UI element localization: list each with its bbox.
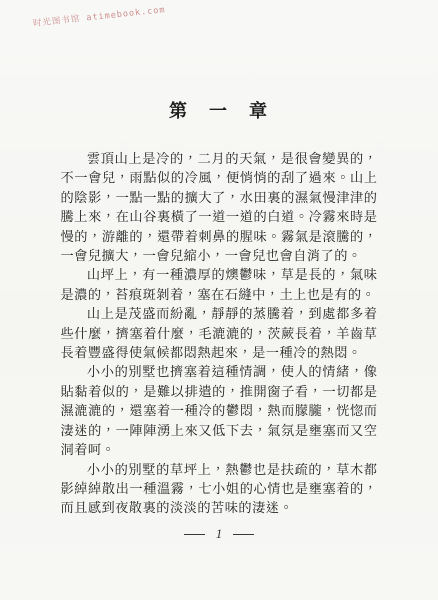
paragraph: 山坪上，有一種濃厚的燠鬱味，草是長的，氣味是濃的，苔痕斑剝着，塞在石縫中，土上也… — [61, 265, 378, 304]
body-text: 雲頂山上是冷的，二月的天氣，是很會變異的，不一會兒，雨點似的冷風，便悄悄的刮了過… — [61, 149, 378, 518]
footer-dash-left — [184, 534, 205, 535]
book-page: 时光图书馆 atimebook.com 第 一 章 雲頂山上是冷的，二月的天氣，… — [0, 0, 438, 600]
paragraph: 小小的別墅的草坪上，熱鬱也是扶疏的，草木都影綽綽散出一種溫霧，七小姐的心情也是壅… — [61, 460, 378, 518]
paragraph: 雲頂山上是冷的，二月的天氣，是很會變異的，不一會兒，雨點似的冷風，便悄悄的刮了過… — [61, 149, 378, 265]
page-number: 1 — [216, 527, 222, 542]
page-footer: 1 — [0, 527, 438, 542]
paragraph: 山上是茂盛而紛亂，靜靜的蒸騰着，到處都多着些什麼，擠塞着什麼，毛漉漉的，茨蕨長着… — [61, 304, 378, 362]
footer-dash-right — [233, 534, 254, 535]
paragraph: 小小的別墅也擠塞着這種情調，使人的情緒，像貼黏着似的，是難以排遣的，推開窗子看，… — [61, 362, 378, 459]
